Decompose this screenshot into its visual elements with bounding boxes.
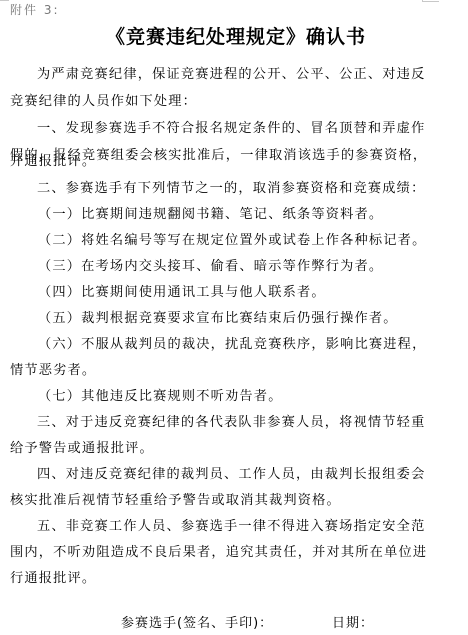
list-item: （五）裁判根据竞赛要求宣布比赛结束后仍强行操作者。 <box>38 309 443 329</box>
crop-mark-left-v <box>8 0 9 1</box>
list-item: （六）不服从裁判员的裁决，扰乱竞赛秩序，影响比赛进程， <box>38 335 443 355</box>
paragraph-line: 竞赛纪律的人员作如下处理： <box>10 92 415 112</box>
paragraph-line: 并通报批评。 <box>10 152 415 172</box>
list-item: （一）比赛期间违规翻阅书籍、笔记、纸条等资料者。 <box>38 205 443 225</box>
paragraph-line: 围内，不听劝阻造成不良后果者，追究其责任，并对其所在单位进 <box>10 543 415 563</box>
paragraph-line: 四、对违反竞赛纪律的裁判员、工作人员，由裁判长报组委会 <box>37 465 442 485</box>
document-title: 《竞赛违纪处理规定》确认书 <box>0 22 468 49</box>
crop-mark-left <box>0 0 8 1</box>
paragraph-line: 五、非竞赛工作人员、参赛选手一律不得进入赛场指定安全范 <box>37 517 442 537</box>
list-item: （二）将姓名编号等写在规定位置外或试卷上作各种标记者。 <box>38 231 443 251</box>
paragraph-line: 行通报批评。 <box>10 569 415 589</box>
paragraph-line: 一、发现参赛选手不符合报名规定条件的、冒名顶替和弄虚作 <box>37 119 442 139</box>
list-item-continuation: 情节恶劣者。 <box>10 361 415 381</box>
crop-mark-right <box>422 1 439 2</box>
contestant-signature-label: 参赛选手(签名、手印)： <box>121 612 273 631</box>
crop-mark-right-v <box>422 0 423 2</box>
paragraph-line: 三、对于违反竞赛纪律的各代表队非参赛人员，将视情节轻重 <box>37 413 442 433</box>
list-item: （三）在考场内交头接耳、偷看、暗示等作弊行为者。 <box>38 257 443 277</box>
paragraph-line: 核实批准后视情节轻重给予警告或取消其裁判资格。 <box>10 491 415 511</box>
attachment-label: 附件 3: <box>10 1 60 18</box>
list-item: （四）比赛期间使用通讯工具与他人联系者。 <box>38 283 443 303</box>
paragraph-line: 为严肃竞赛纪律，保证竞赛进程的公开、公平、公正、对违反 <box>37 65 442 85</box>
section-heading-line: 二、参赛选手有下列情节之一的，取消参赛资格和竞赛成绩： <box>37 179 442 199</box>
list-item: （七）其他违反比赛规则不听劝告者。 <box>38 387 443 407</box>
paragraph-line: 给予警告或通报批评。 <box>10 439 415 459</box>
date-label: 日期： <box>332 612 374 631</box>
